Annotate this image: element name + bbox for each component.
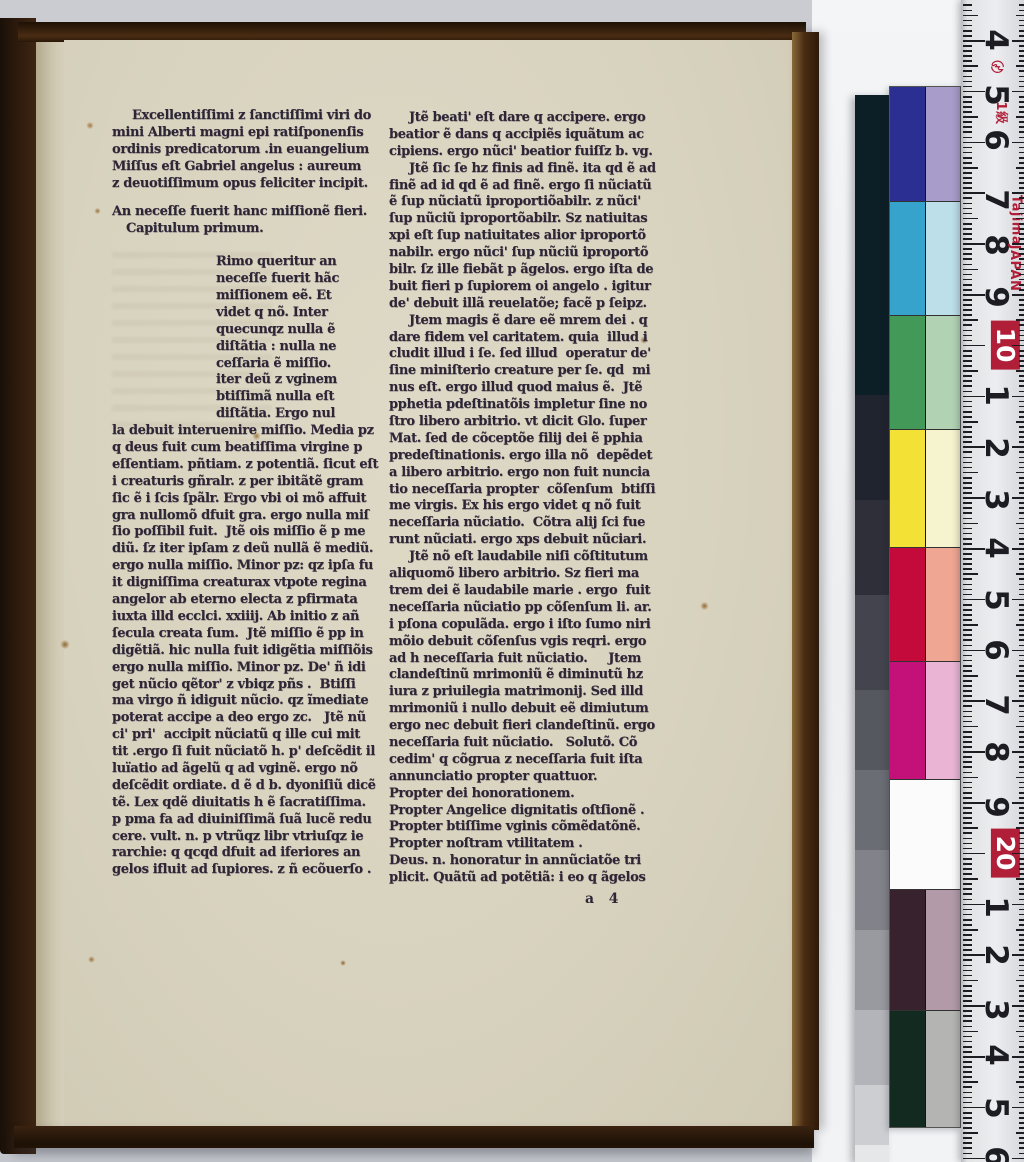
ruler-tick	[1019, 228, 1024, 230]
chapter-heading: An neceſſe fuerit hanc miſſionẽ fieri.Ca…	[112, 204, 390, 238]
ruler-tick	[1019, 563, 1024, 565]
text-line: mrimoniũ i nullo debuit eẽ dimiutum	[389, 701, 663, 718]
ruler-tick	[1019, 1000, 1024, 1002]
foxing-stain	[94, 208, 101, 214]
ruler-tick	[963, 172, 972, 174]
ruler-tick	[1019, 380, 1024, 382]
ruler-tick	[963, 578, 972, 580]
gray-step	[855, 930, 889, 1010]
ruler-tick	[963, 30, 972, 32]
ruler-tick	[963, 619, 972, 621]
text-line: nus eſt. ergo illud quod maius ẽ. Jtẽ	[389, 380, 663, 397]
ruler-tick	[1016, 878, 1024, 880]
ruler-tick	[1019, 208, 1024, 210]
foxing-stain	[86, 122, 94, 129]
ruler-tick	[1012, 446, 1024, 448]
text-line: An neceſſe fuerit hanc miſſionẽ fieri.	[112, 204, 390, 221]
text-line: nabilr. ergo nũci' ſup nũciũ iproportõ	[389, 245, 663, 262]
ruler-tick	[963, 50, 972, 52]
ruler-tick	[1019, 512, 1024, 514]
ruler-tick	[1019, 832, 1024, 834]
text-line: iuxta illd ecclci. xxiiij. Ab initio z a…	[112, 609, 390, 626]
ruler-tick	[963, 248, 972, 250]
ruler-tick	[963, 101, 972, 103]
ruler-tick	[963, 192, 985, 194]
ruler-tick	[963, 1000, 972, 1002]
ruler-tick	[1019, 1076, 1024, 1078]
ruler-tick	[1019, 584, 1024, 586]
ruler-tick	[963, 446, 985, 448]
ruler-tick	[1019, 324, 1024, 326]
ruler-tick	[963, 604, 972, 606]
ruler-tick	[1019, 340, 1024, 342]
ruler-tick	[1019, 614, 1024, 616]
ruler-tick	[963, 309, 972, 311]
ruler-tick	[963, 959, 972, 961]
ruler-tick	[963, 1046, 972, 1048]
ruler-tick	[963, 126, 972, 128]
ruler-tick	[963, 1036, 972, 1038]
ruler-tick	[963, 1158, 985, 1160]
ruler-tick	[963, 86, 972, 88]
ruler-tick	[963, 848, 972, 850]
ruler-tick	[963, 797, 972, 799]
gray-step	[855, 1085, 889, 1145]
text-line: ma virgo ñ idiguit nũcio. qz ĩmediate	[112, 693, 390, 710]
ruler-tick	[963, 223, 972, 225]
ruler-tick	[1019, 761, 1024, 763]
ruler-tick	[1019, 868, 1024, 870]
gray-step	[855, 95, 889, 395]
ruler-tick	[963, 746, 972, 748]
ruler-tick	[1019, 558, 1024, 560]
ruler-tick	[1019, 639, 1024, 641]
text-line: Jtẽ nõ eſt laudabile niſi cõſtitutum	[389, 549, 663, 566]
ruler-tick	[1019, 436, 1024, 438]
text-line: trem dei ẽ laudabile marie . ergo fuit	[389, 583, 663, 600]
ruler-tick	[1019, 604, 1024, 606]
ruler-tick	[1012, 294, 1024, 296]
gray-step	[855, 690, 889, 770]
ruler-tick	[1012, 1005, 1024, 1007]
ruler-tick	[963, 426, 972, 428]
ruler-tick	[1019, 736, 1024, 738]
ruler-tick	[963, 507, 972, 509]
ruler-tick	[963, 10, 972, 12]
ruler-tick	[1019, 172, 1024, 174]
ruler-tick	[1019, 1020, 1024, 1022]
ruler-tick	[963, 1142, 972, 1144]
ruler-tick	[1019, 619, 1024, 621]
ruler-tick	[1019, 157, 1024, 159]
text-line: tẽ. Lex qdẽ diuitatis h ẽ ſacratiſſima.	[112, 795, 390, 812]
ruler-tick	[963, 533, 972, 535]
ruler-tick	[963, 289, 972, 291]
ruler-tick	[1012, 548, 1024, 550]
ruler-tick	[1019, 919, 1024, 921]
ruler-tick	[1019, 70, 1024, 72]
text-line: a libero arbitrio. ergo non fuit nuncia	[389, 465, 663, 482]
ruler-tick	[963, 25, 972, 27]
ruler-tick	[963, 213, 972, 215]
ruler-tick	[1019, 152, 1024, 154]
photo-stage: Excellentiſſimi z ſanctiſſimi viri domin…	[0, 0, 1024, 1162]
ruler-tick	[963, 91, 985, 93]
ruler-tick	[1019, 304, 1024, 306]
ruler-tick	[1019, 60, 1024, 62]
ruler-tick	[1019, 690, 1024, 692]
color-calibration-bar	[889, 86, 961, 1128]
ruler-tick	[963, 106, 972, 108]
ruler-tick	[1019, 309, 1024, 311]
ruler-mark: 3	[978, 999, 1014, 1021]
ruler-tick	[963, 457, 972, 459]
ruler-tick	[963, 1071, 972, 1073]
color-patch-left	[890, 1011, 926, 1127]
ruler-tick	[1019, 924, 1024, 926]
gray-step	[855, 500, 889, 595]
text-line: Miſſus eſt Gabriel angelus : aureum	[112, 159, 390, 176]
text-line: Mat. ſed de cõceptõe filij dei ẽ pphia	[389, 431, 663, 448]
ruler-tick	[963, 360, 972, 362]
text-line: tio neceſſaria propter cõſenſum btiſſi	[389, 482, 663, 499]
text-line: deſcẽdit ordiate. d ẽ d b. dyoniſiũ dicẽ	[112, 778, 390, 795]
ruler-tick	[963, 558, 972, 560]
ruler-tick	[1016, 472, 1024, 474]
ruler-tick	[1019, 812, 1024, 814]
ruler-tick	[963, 131, 972, 133]
ruler-tick	[1019, 507, 1024, 509]
text-line: ergo nulla miſſio. Minor pz. De' ñ idi	[112, 660, 390, 677]
ruler-tick	[963, 614, 972, 616]
ruler-tick	[963, 563, 972, 565]
ruler-tick	[1019, 787, 1024, 789]
ruler-tick	[1019, 355, 1024, 357]
text-line: diſtãtia : nulla ne	[216, 339, 390, 356]
ruler-tick	[963, 116, 978, 118]
ruler-tick	[963, 1107, 985, 1109]
ruler-tick	[963, 832, 972, 834]
ruler-tick	[963, 1102, 972, 1104]
ruler-tick	[963, 853, 985, 855]
text-line: gelos ifluit ad ſupiores. z ñ ecõuerſo .	[112, 862, 390, 879]
ruler-tick	[1019, 990, 1024, 992]
ruler-tick	[1012, 345, 1024, 347]
ruler-tick	[963, 70, 972, 72]
ruler-tick	[963, 385, 972, 387]
ruler-tick	[1012, 700, 1024, 702]
ruler-tick	[963, 1092, 972, 1094]
ruler-tick	[1019, 137, 1024, 139]
ruler-tick	[1016, 624, 1024, 626]
ruler-tick	[1012, 192, 1024, 194]
ruler-tick	[1016, 1031, 1024, 1033]
text-line: annunciatio propter quattuor.	[389, 769, 663, 786]
text-line: tit .ergo ſi fuit nũciatõ h. p' deſcẽdit…	[112, 744, 390, 761]
ruler-tick	[963, 60, 972, 62]
ruler-mark: 1級	[993, 101, 1012, 124]
text-line: ergo nec debuit fieri clandeſtinũ. ergo	[389, 718, 663, 735]
ruler-tick	[1019, 1051, 1024, 1053]
ruler-tick	[1012, 243, 1024, 245]
ruler-tick	[1012, 497, 1024, 499]
ruler-tick	[1019, 467, 1024, 469]
ruler-tick	[1016, 523, 1024, 525]
ruler-tick	[963, 624, 978, 626]
color-patch-left	[890, 316, 926, 429]
text-line: Excellentiſſimi z ſanctiſſimi viri do	[112, 108, 390, 125]
ruler-tick	[963, 675, 978, 677]
color-patch-row	[890, 202, 960, 316]
text-line: diũ. ſz iter ipſam z deũ nullã ẽ mediũ.	[112, 541, 390, 558]
ruler-tick	[1019, 746, 1024, 748]
ruler-tick	[1019, 629, 1024, 631]
ruler-tick	[1019, 426, 1024, 428]
color-patch-left	[890, 87, 926, 201]
ruler-tick	[1019, 553, 1024, 555]
ruler-tick	[1019, 670, 1024, 672]
ruler-tick	[963, 487, 972, 489]
ruler-tick	[1019, 660, 1024, 662]
text-line: runt nũciati. ergo xps debuit nũciari.	[389, 532, 663, 549]
ruler-tick	[1019, 187, 1024, 189]
ruler-tick	[963, 1137, 972, 1139]
ruler-tick	[1019, 1097, 1024, 1099]
ruler-tick	[963, 954, 985, 956]
ruler-tick	[1019, 528, 1024, 530]
ruler-tick	[1016, 726, 1024, 728]
ruler-tick	[963, 695, 972, 697]
grayscale-step-wedge	[855, 95, 889, 1162]
ruler-tick	[963, 264, 972, 266]
ruler-tick	[963, 1061, 972, 1063]
ruler-tick	[963, 1005, 985, 1007]
ruler-tick	[963, 975, 972, 977]
color-patch-right	[926, 202, 960, 315]
text-line: p pma fa ad diuiniſſimã ſuã lucẽ redu	[112, 812, 390, 829]
color-patch-row	[890, 890, 960, 1011]
ruler-tick	[963, 253, 972, 255]
ruler-tick	[963, 421, 978, 423]
ruler-tick	[963, 15, 978, 17]
ruler-tick	[963, 766, 972, 768]
ruler-tick	[963, 81, 972, 83]
ruler-tick	[1019, 274, 1024, 276]
ruler-tick	[963, 772, 972, 774]
ruler-tick	[963, 65, 978, 67]
ruler-tick	[963, 416, 972, 418]
ruler-tick	[963, 502, 972, 504]
ruler-tick	[1019, 1153, 1024, 1155]
ruler-tick	[1019, 538, 1024, 540]
color-patch-row	[890, 1011, 960, 1127]
ruler-tick	[963, 1015, 972, 1017]
text-line: btiſſimã nulla eſt	[216, 389, 390, 406]
ruler-tick	[963, 45, 972, 47]
text-line: gra nullomõ dfuit gra. ergo nulla miſ	[112, 508, 390, 525]
ruler-tick	[1019, 238, 1024, 240]
color-patch-row	[890, 548, 960, 662]
ruler-tick	[1019, 25, 1024, 27]
ruler-tick	[963, 451, 972, 453]
ruler-tick	[963, 528, 972, 530]
ruler-tick	[963, 858, 972, 860]
text-line: ſio poſſibil fuit. Jtẽ ois miſſio ẽ p me	[112, 524, 390, 541]
text-line: cedim' q cõgrua z neceſſaria fuit iſta	[389, 752, 663, 769]
ruler-tick	[963, 365, 972, 367]
text-line: neceſſaria nũciatio pp cõſenſum li. ar.	[389, 600, 663, 617]
ruler-tick	[1016, 421, 1024, 423]
text-line: Propter btiſſime vginis cõmẽdatõnẽ.	[389, 819, 663, 836]
ruler-tick	[1012, 751, 1024, 753]
ruler-tick	[963, 218, 978, 220]
ruler-mark: 9	[978, 286, 1014, 308]
ruler-tick	[1019, 1102, 1024, 1104]
ruler-tick	[1012, 1056, 1024, 1058]
ruler-tick	[1019, 289, 1024, 291]
ruler-tick	[963, 904, 985, 906]
ruler-tick	[1019, 1112, 1024, 1114]
ruler-tick	[1019, 797, 1024, 799]
ruler-tick	[963, 411, 972, 413]
ruler-tick	[1016, 269, 1024, 271]
text-line: Capitulum primum.	[112, 221, 390, 238]
ruler-tick	[1016, 675, 1024, 677]
book-cover-top-edge	[18, 22, 806, 42]
ruler-tick	[1019, 401, 1024, 403]
ruler-tick	[1019, 299, 1024, 301]
ruler-tick	[963, 187, 972, 189]
ruler-tick	[963, 1153, 972, 1155]
ruler-tick	[1019, 858, 1024, 860]
ruler-tick	[963, 523, 978, 525]
ruler-tick	[963, 1117, 972, 1119]
ruler-tick	[1019, 197, 1024, 199]
ruler-tick	[963, 843, 972, 845]
ruler-tick	[963, 838, 972, 840]
ruler-tick	[1019, 35, 1024, 37]
text-line: Jtem magis ẽ dare eẽ mrem dei . q	[389, 313, 663, 330]
text-line: it digniſſima creaturax vtpote regina	[112, 575, 390, 592]
ruler-tick	[963, 939, 972, 941]
ruler-tick	[1019, 1147, 1024, 1149]
ruler-tick	[1019, 406, 1024, 408]
ruler-tick	[963, 441, 972, 443]
ruler-tick	[963, 670, 972, 672]
text-line: iter deũ z vginem	[216, 372, 390, 389]
gray-step	[855, 850, 889, 930]
ruler-tick	[963, 868, 972, 870]
quire-signature-mark: a 4	[585, 890, 663, 908]
ruler-tick	[1016, 65, 1024, 67]
text-line: neceſſaria fuit nũciatio. Solutõ. Cõ	[389, 735, 663, 752]
ruler-tick	[963, 594, 972, 596]
ruler-tick	[1019, 949, 1024, 951]
ruler-tick	[963, 949, 972, 951]
ruler-tick	[1019, 741, 1024, 743]
ruler-tick	[1019, 543, 1024, 545]
text-line: mõio debuit cõſenſus vgis reqri. ergo	[389, 634, 663, 651]
text-line: diſtãtia. Ergo nul	[216, 406, 390, 423]
ruler-tick	[963, 472, 978, 474]
ruler-tick	[1019, 939, 1024, 941]
ruler-tick	[1019, 101, 1024, 103]
ruler-tick	[1019, 873, 1024, 875]
color-patch-right	[926, 662, 960, 779]
ruler-tick	[1019, 772, 1024, 774]
gray-step	[855, 595, 889, 690]
ruler-tick	[963, 736, 972, 738]
ruler-tick	[963, 203, 972, 205]
ruler-tick	[1012, 650, 1024, 652]
ruler-tick	[963, 1122, 972, 1124]
ruler-tick	[1019, 457, 1024, 459]
ruler-tick	[1019, 863, 1024, 865]
text-line: rarchie: q qcqd dfuit ad iferiores an	[112, 845, 390, 862]
ruler-tick	[963, 380, 972, 382]
text-line: i pſona copulãda. ergo i iſto ſumo niri	[389, 617, 663, 634]
ruler-tick	[1019, 914, 1024, 916]
ruler-tick	[963, 197, 972, 199]
ruler-tick	[963, 355, 972, 357]
ruler-tick	[1019, 55, 1024, 57]
ruler-tick	[1019, 213, 1024, 215]
ruler-tick	[1019, 995, 1024, 997]
ruler-tick	[963, 370, 978, 372]
text-line: xpi eſt ſup natiuitates alior iproportõ	[389, 228, 663, 245]
ruler-tick	[1019, 766, 1024, 768]
ruler-tick	[1019, 731, 1024, 733]
ruler-tick	[963, 634, 972, 636]
ruler-tick	[963, 680, 972, 682]
ruler-tick	[963, 629, 972, 631]
ruler-tick	[963, 279, 972, 281]
text-line: mini Alberti magni epi ratiſponenſis	[112, 125, 390, 142]
ruler-tick	[963, 980, 978, 982]
ruler-tick	[1019, 1071, 1024, 1073]
ruler-tick	[1019, 451, 1024, 453]
ruler-tick	[963, 584, 972, 586]
ruler-tick	[1016, 370, 1024, 372]
ruler-tick	[1016, 1132, 1024, 1134]
ruler-tick	[1019, 1137, 1024, 1139]
ruler-tick	[1019, 721, 1024, 723]
ruler-tick	[963, 822, 972, 824]
ruler-tick	[1019, 365, 1024, 367]
text-line: eſſentiam. pñtiam. z potentiã. ſicut eſt	[112, 457, 390, 474]
color-patch-right	[926, 87, 960, 201]
color-patch-right	[926, 316, 960, 429]
ruler-tick	[963, 55, 972, 57]
text-line: get nũcio qẽtor' z vbiqz pñs . Btiſſi	[112, 677, 390, 694]
ruler-tick	[1019, 258, 1024, 260]
ruler-tick	[963, 152, 972, 154]
text-line: ẽ ſup nũciatũ iproportiõabilr. z nũci'	[389, 194, 663, 211]
ruler-tick	[1012, 904, 1024, 906]
ruler-tick	[1019, 1061, 1024, 1063]
ruler-tick	[1019, 893, 1024, 895]
ruler-tick	[1019, 975, 1024, 977]
ruler-tick	[963, 665, 972, 667]
color-patch-right	[926, 780, 960, 889]
ruler-tick	[1012, 142, 1024, 144]
ruler-tick	[963, 350, 972, 352]
ruler-tick	[1019, 462, 1024, 464]
ruler-tick	[1019, 375, 1024, 377]
ruler-tick	[1019, 685, 1024, 687]
ruler-tick	[1019, 1127, 1024, 1129]
ruler-tick	[963, 492, 972, 494]
